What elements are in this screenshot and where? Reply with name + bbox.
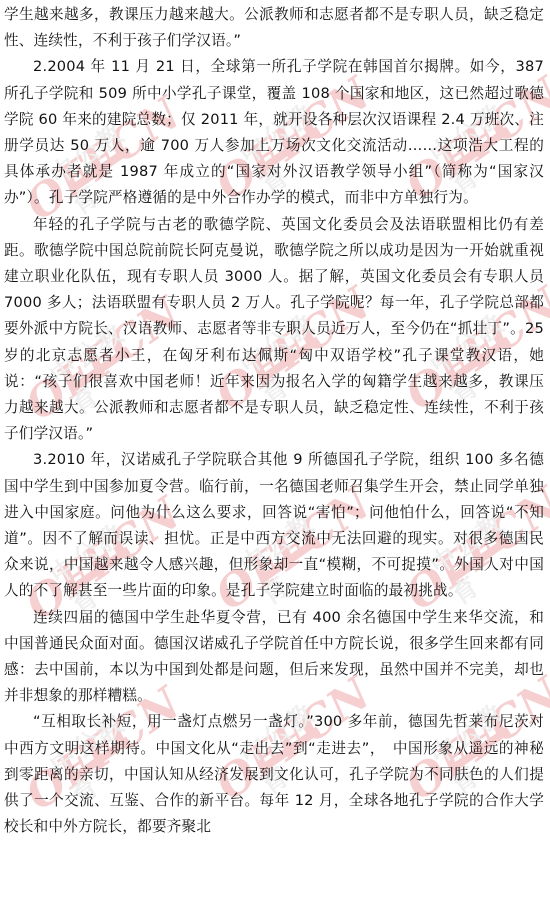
document-body: 学生越来越多，教课压力越来越大。公派教师和志愿者都不是专职人员，缺乏稳定性、连续… — [0, 0, 550, 841]
paragraph-point-3: 3.2010 年，汉诺威孔子学院联合其他 9 所德国孔子学院，组织 100 多名… — [4, 447, 544, 604]
paragraph-summer-camp: 连续四届的德国中学生赴华夏令营，已有 400 余名德国中学生来华交流，和中国普通… — [4, 605, 544, 710]
paragraph-continuation: 学生越来越多，教课压力越来越大。公派教师和志愿者都不是专职人员，缺乏稳定性、连续… — [4, 2, 544, 54]
paragraph-comparison: 年轻的孔子学院与古老的歌德学院、英国文化委员会及法语联盟相比仍有差距。歌德学院中… — [4, 212, 544, 448]
paragraph-conclusion: “互相取长补短，用一盏灯点燃另一盏灯。”300 多年前，德国先哲莱布尼茨对中西方… — [4, 709, 544, 840]
paragraph-point-2: 2.2004 年 11 月 21 日，全球第一所孔子学院在韩国首尔揭牌。如今，3… — [4, 54, 544, 211]
